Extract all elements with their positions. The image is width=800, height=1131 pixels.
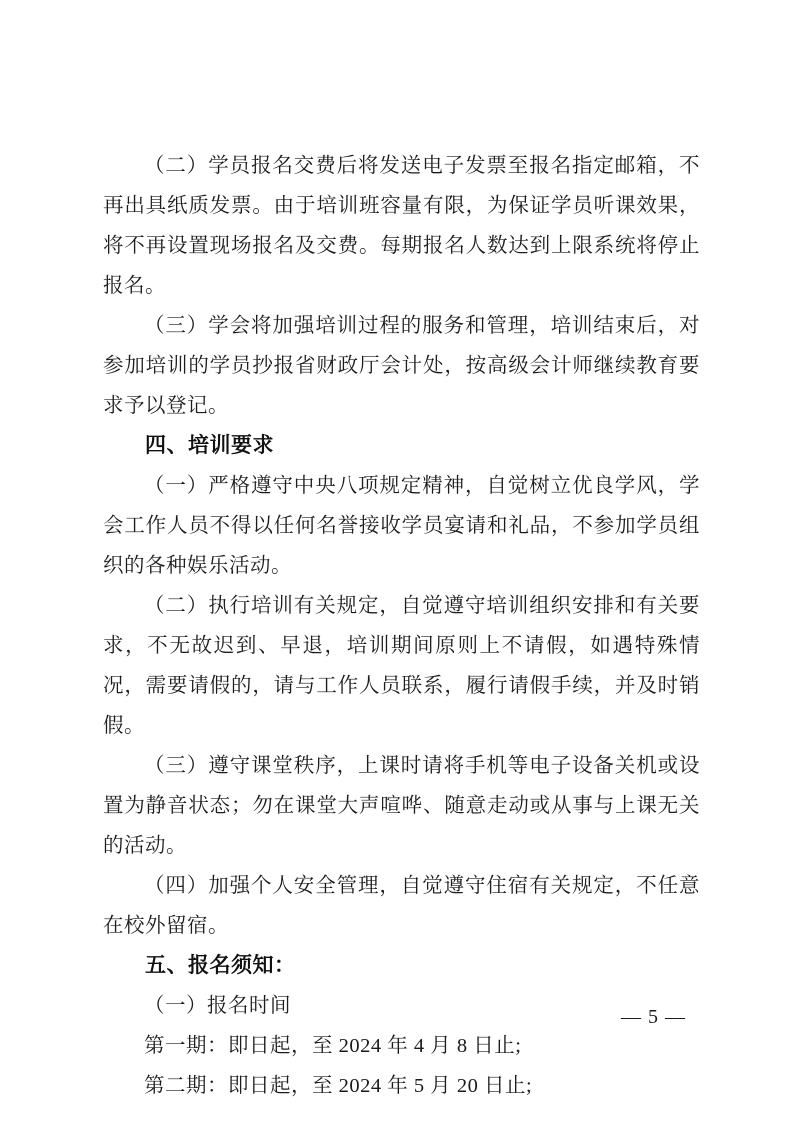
page-number: — 5 — bbox=[621, 1003, 686, 1031]
section-heading-registration-notes: 五、报名须知： bbox=[103, 946, 700, 986]
paragraph-classroom-order: （三）遵守课堂秩序，上课时请将手机等电子设备关机或设置为静音状态；勿在课堂大声喧… bbox=[103, 746, 700, 866]
paragraph-registration-phase-2: 第二期：即日起，至 2024 年 5 月 20 日止; bbox=[103, 1066, 700, 1106]
paragraph-personal-safety: （四）加强个人安全管理，自觉遵守住宿有关规定，不任意在校外留宿。 bbox=[103, 866, 700, 946]
paragraph-training-rules: （二）执行培训有关规定，自觉遵守培训组织安排和有关要求，不无故迟到、早退，培训期… bbox=[103, 586, 700, 746]
section-heading-training-requirements: 四、培训要求 bbox=[103, 426, 700, 466]
document-body: （二）学员报名交费后将发送电子发票至报名指定邮箱，不再出具纸质发票。由于培训班容… bbox=[103, 146, 700, 1106]
document-page: （二）学员报名交费后将发送电子发票至报名指定邮箱，不再出具纸质发票。由于培训班容… bbox=[0, 0, 800, 1131]
paragraph-registration-phase-1: 第一期：即日起，至 2024 年 4 月 8 日止; bbox=[103, 1026, 700, 1066]
paragraph-registration-time-label: （一）报名时间 bbox=[103, 986, 700, 1026]
paragraph-invoice-notice: （二）学员报名交费后将发送电子发票至报名指定邮箱，不再出具纸质发票。由于培训班容… bbox=[103, 146, 700, 306]
paragraph-training-management: （三）学会将加强培训过程的服务和管理，培训结束后，对参加培训的学员抄报省财政厅会… bbox=[103, 306, 700, 426]
paragraph-central-regulations: （一）严格遵守中央八项规定精神，自觉树立优良学风，学会工作人员不得以任何名誉接收… bbox=[103, 466, 700, 586]
